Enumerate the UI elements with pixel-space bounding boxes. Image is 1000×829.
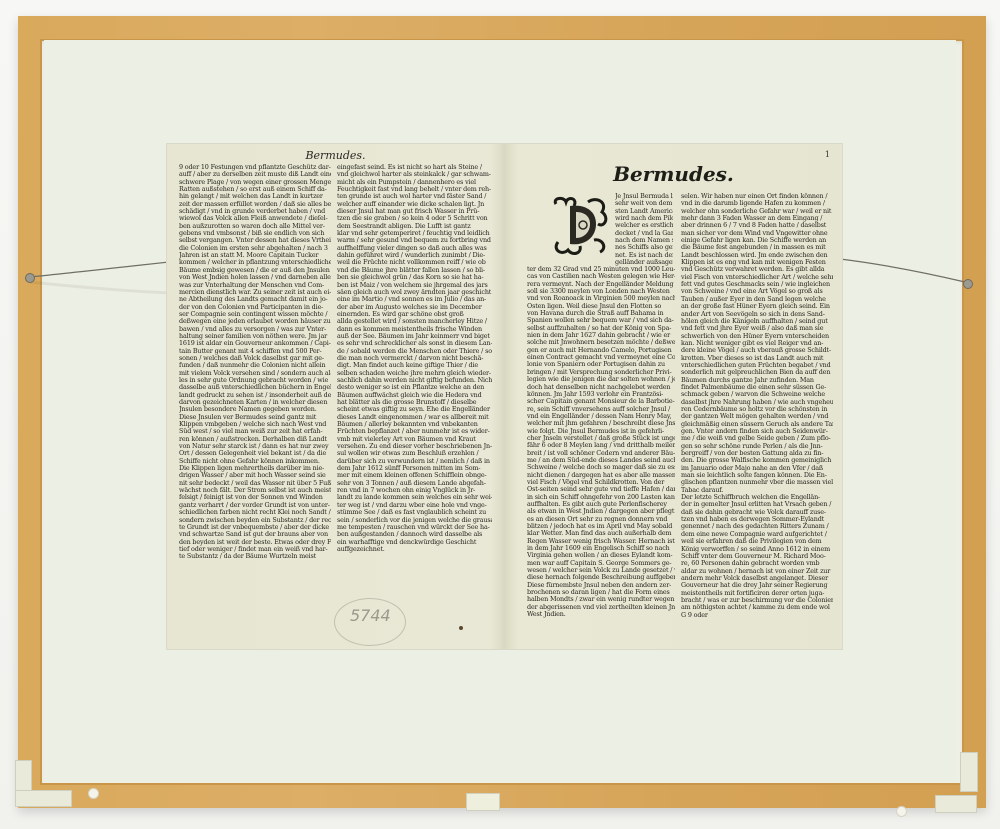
text-line: Schiff vnter dem Gouverneur M. Richard M… (681, 553, 833, 560)
text-line: Gouverneur hat die drey Jahr seiner Regi… (681, 582, 833, 589)
text-line: als etwan in West Jndien / dargegen aber… (527, 508, 675, 515)
text-line: te Substantz / da der Bäume Wurtzeln mei… (179, 553, 331, 560)
text-line: te Grundt ist der vnbequembste / aber de… (179, 524, 331, 531)
text-line: viel Fisch von vnterschiedlicher Art / w… (681, 274, 833, 281)
text-line: Landt beschlossen wird. Jm ende zwischen… (681, 252, 833, 259)
text-line: nach dem Namen sei- (615, 237, 673, 244)
text-line: re, sein Schiff vnversehens auff solcher… (527, 406, 675, 413)
bottom-right-nail-head (896, 806, 907, 817)
text-line: weil sie erfahren daß die Privilegien vo… (681, 538, 833, 545)
text-line: in dem Jahr 1609 ein Engelisch Schiff so… (527, 545, 675, 552)
text-line: blitzen / jedoch hat es im April vnd May… (527, 523, 675, 530)
text-line: welcher es erstlich ent- (615, 222, 673, 229)
text-line: Bäumen / allerley bekannten vnd vnbekant… (337, 421, 492, 428)
text-line: meistentheils mit fortificiren derer ort… (681, 590, 833, 597)
text-line: solche mit Jnwohnern besetzen möchte / d… (527, 339, 675, 346)
text-line: krotten. Vber dieses so ist das Landt au… (681, 355, 833, 362)
text-line: weil die Früchte nicht vollkommen reiff … (337, 259, 492, 266)
text-line: Ost-seiten seind sehr gute vnd tieffe Ha… (527, 486, 675, 493)
text-line: tief oder weniger / findet man ein weiß … (179, 546, 331, 553)
text-line: lonie von Spaniern oder Portugisen dahin… (527, 361, 675, 368)
text-line: kommen / welcher in pflantzung vnterschi… (179, 259, 331, 266)
text-line: dem Jahr 1612 sünff Personen mitten im S… (337, 465, 492, 472)
text-line: auß der See. Bäumen im Jahr keinmerr vnd… (337, 333, 492, 340)
text-line: vnd schwartze Sand ist gut der brauns ab… (179, 531, 331, 538)
text-line: bracht / was er zur beschirmung vor die … (681, 597, 833, 604)
text-line: mercien dienstlich war. Zu seiner zeit i… (179, 289, 331, 296)
text-line: die Colonien im ersten sehr abgehalten /… (179, 245, 331, 252)
text-line: versehen. Zu end dieser vorher beschrieb… (337, 443, 492, 450)
text-line: gleichmäßig einen süssern Geruch als and… (681, 421, 833, 428)
right-column-1: ter dem 32 Grad vnd 25 minuten vnd 1000 … (527, 266, 675, 646)
text-line: Diese Jnsulen ver Bermudes seind gantz m… (179, 414, 331, 421)
text-line: nit sehr bedeckt / weil das Wasser nit ü… (179, 480, 331, 487)
left-column-2: eingefast seind. Es ist nicht so hart al… (337, 164, 492, 584)
text-line: me / an dem Süd-ende dieses Landes seind… (527, 457, 675, 464)
text-line: selen. Wir haben nur einen Ort finden kö… (681, 193, 833, 200)
text-line: West Jndien. (527, 611, 675, 618)
text-line: glischen pflantzen nunmehr vber die mass… (681, 479, 833, 486)
text-line: desto weniger so ist ein Pflantze welche… (337, 384, 492, 391)
text-line: aldar zu wohnen / hernach ist von einer … (681, 568, 833, 575)
text-line: sul wollen wir etwas zum Beschluß erzehl… (337, 450, 492, 457)
text-line: gebens vnd vmbsonst / biß sie endlich vo… (179, 230, 331, 237)
text-line: tain Butter genant mit 4 schiffen vnd 50… (179, 348, 331, 355)
right-page: 1 Bermudes. Je Jnsul Bermuda ligtsehr we… (505, 144, 842, 649)
text-line: vnd von Roanoack in Virginien 500 meylen… (527, 295, 675, 302)
text-line: dasselbe auß vnterschiedlichen büchern i… (179, 384, 331, 391)
text-line: ben außgestanden / dannoch wird dasselbe… (337, 531, 492, 538)
text-line: man sicher vor dem Wind vnd Vngewitter o… (681, 230, 833, 237)
text-line: nes Schiffs also genen- (615, 244, 673, 251)
text-line: darvon gezeichneten Karten / in welcher … (179, 399, 331, 406)
text-line: im Januario oder Majo nahe an den Vfer /… (681, 465, 833, 472)
text-line: Ratten außstehen / so erst auß einem Sch… (179, 186, 331, 193)
text-line: net. Es ist nach der En- (615, 252, 673, 259)
text-line: dieses Landt eingenommen / war es allber… (337, 414, 492, 421)
text-line: Schweine / welche doch so mager daß sie … (527, 464, 675, 471)
text-line: ter weg ist / vnd darzu wber eine hole v… (337, 502, 492, 509)
left-page: Bermudes. 9 oder 10 Festungen vnd pflant… (167, 144, 504, 649)
pencil-inventory-number: 5744 (350, 606, 391, 625)
text-line: tzen die sie graben / so kein 4 oder 5 S… (337, 215, 492, 222)
text-line: von Schweine / vnd eine Art Vögel so gro… (681, 288, 833, 295)
text-line: es an diesen Ort sehr zu regnen donnern … (527, 516, 675, 523)
text-line: viel Fisch / Vögel vnd Schildkrotten. Vo… (527, 479, 675, 486)
text-line: vnd in die darumb ligende Hafen zu komme… (681, 200, 833, 207)
text-line: vnterschiedlichen guten Früchten begabet… (681, 362, 833, 369)
text-line: drigen Wasser / aber mit hoch Wasser sei… (179, 472, 331, 479)
text-line: genennet / nach des gedachten Ritters Zu… (681, 523, 833, 530)
text-line: Bäumen durchs gantze Jahr zufinden. Man (681, 377, 833, 384)
text-line: soll sie 3300 meylen von Londen nach Wes… (527, 288, 675, 295)
text-line: einige Gefahr ligen kan. Die Schiffe wer… (681, 237, 833, 244)
text-line: brochenen so daran ligen / hat die Form … (527, 589, 675, 596)
text-line: sehr von 3 Tonnen / auß diesem Lande abg… (337, 480, 492, 487)
text-line: vnd die Bäume jhre blätter fallen lassen… (337, 267, 492, 274)
text-line: funden / daß nunmehr die Colonien nicht … (179, 362, 331, 369)
foxing-spot (459, 626, 463, 630)
text-line: schwere Plage / von wegen einer grossen … (179, 179, 331, 186)
text-line: sten Landt America, (615, 208, 673, 215)
text-line: auffhalten. Es gibt auch gute Perlenfisc… (527, 501, 675, 508)
text-line: Feuchtigkeit fast vnd lang behelt / vnte… (337, 186, 492, 193)
text-line: ander Art von Seevögeln so sich in dens … (681, 311, 833, 318)
text-line: nicht dienen / dargegen hat es aber alle… (527, 472, 675, 479)
text-line: einernden. Es wird gar schöne obst groß (337, 311, 492, 318)
text-line: klar vnd sehr getemperiret / feuchtig vn… (337, 230, 492, 237)
text-line: Tauben / außer Eyer in den Sand legen we… (681, 296, 833, 303)
text-line: daselbst jhre Nahrung haben / wie auch v… (681, 399, 833, 406)
text-line: bringen / mit Versprechung sonderlicher … (527, 369, 675, 376)
text-line: micht als ein Pumpstein / dannenhero es … (337, 179, 492, 186)
left-running-title: Bermudes. (167, 149, 504, 162)
page-number: 1 (825, 150, 830, 159)
text-line: ren können / außstrecken. Derhalben diß … (179, 436, 331, 443)
text-line: von West Jndien holen lassen / vnd darne… (179, 274, 331, 281)
text-line: halben Mondts / zwar ein wenig rundter w… (527, 596, 675, 603)
text-line: wächst noch fält. Der Strom selbst ist a… (179, 487, 331, 494)
text-line: Ort / dessen Gelegenheit viel bekant ist… (179, 450, 331, 457)
text-line: von Natur sehr starck ist / dann es hat … (179, 443, 331, 450)
text-line: gen. Vnter andern finden sich auch Seide… (681, 428, 833, 435)
corner-holder-right-vertical (960, 752, 978, 792)
text-line: wie folgt. Die Jnsul Bermudes ist in gef… (527, 428, 675, 435)
bottom-left-nail-head (88, 788, 99, 799)
text-line: me / die weiß vnd gelbe Seide geben / Zu… (681, 435, 833, 442)
text-line: ben sie gleichwol grün / das Korn so sie… (337, 274, 492, 281)
text-line: zeit der massen erfüllet worden / daß si… (179, 201, 331, 208)
text-line: Süd west / so viel man weiß zur zeit hat… (179, 428, 331, 435)
text-line: in sich ein Schiff ohngefehr von 200 Las… (527, 494, 675, 501)
text-line: den beyden ist weit der beste. Etwas ode… (179, 539, 331, 546)
text-line: Bäume embsig gewesen / die er auß den Jn… (179, 267, 331, 274)
text-line: auff / aber zu derselben zeit muste diß … (179, 171, 331, 178)
text-line: selbst auffzuhalten / so hat der König v… (527, 325, 675, 332)
text-line: Jnsulen besondere Namen gegeben worden. (179, 406, 331, 413)
text-line: les in sehr gute Ordnung gebracht worden… (179, 377, 331, 384)
text-line: fähr 6 oder 8 Meylen lang / vnd dritthal… (527, 442, 675, 449)
text-line: dahin geführet wird / wunderlich zunimbt… (337, 252, 492, 259)
text-line: diese hernach folgende Beschreibung auff… (527, 574, 675, 581)
text-line: sonen / welches daß Volck daselbst gar m… (179, 355, 331, 362)
text-line: vnd gleichwol harter als steinkalck / ga… (337, 171, 492, 178)
text-line: wird nach dem Piloot, (615, 215, 673, 222)
text-line: de / sobald werden die Menschen oder Thi… (337, 348, 492, 355)
text-line: rera vermeynt. Nach der Engelländer Meld… (527, 281, 675, 288)
text-line: dem eine newe Compagnie ward aufgerichte… (681, 531, 833, 538)
text-line: me tempesten / rauschen vnd würckt der S… (337, 524, 492, 531)
text-line: Klippen ist es eng vnd kan mit wenigen F… (681, 259, 833, 266)
text-line: ben außzurotten so waren doch alle Mitte… (179, 223, 331, 230)
text-line: scheint etwas giftig zu seyn. Ehe die En… (337, 406, 492, 413)
text-line: Schiffe nicht ohne Gefahr können inkomme… (179, 458, 331, 465)
text-line: ter dem 32 Grad vnd 25 minuten vnd 1000 … (527, 266, 675, 273)
text-line: wiewol das Volck allen Fleiß anwendete /… (179, 215, 331, 222)
text-line: daß sie dahin gebracht wie Volck darauff… (681, 509, 833, 516)
text-line: andern mehr Volck daselbst angelanget. D… (681, 575, 833, 582)
text-line: hat blätter als die grosse Brunstoff / d… (337, 399, 492, 406)
text-line: gen er auch mit Hernando Camelo, Portugi… (527, 347, 675, 354)
text-line: vmb mit vielerley Art von Bäumen vnd Kra… (337, 436, 492, 443)
text-line: gen so sehr schöne runde Perlen / als di… (681, 443, 833, 450)
text-line: hin gelangt / mit welchen das Landt in k… (179, 193, 331, 200)
text-line: Spanien wollen sehr bequem war / vnd sic… (527, 317, 675, 324)
text-line: findet Palmenbäume die einen sehr süssen… (681, 384, 833, 391)
text-line: Jahren ist an statt M. Moore Capitain Tu… (179, 252, 331, 259)
text-line: cas von Castilien nach Westen gelegen wi… (527, 273, 675, 280)
text-line: fett vnd gutes Geschmacks sein / wie ing… (681, 281, 833, 288)
text-line: Je Jnsul Bermuda ligt (615, 193, 673, 200)
text-line: den. Die grosse Walfische kommen gemeini… (681, 457, 833, 464)
text-line: der gantzen Welt mögen gehalten werden /… (681, 413, 833, 420)
text-line: stümme See / daß es fast vnglaublich sch… (337, 509, 492, 516)
text-line: mehr dann 3 Faden Wasser an dem Eingang … (681, 215, 833, 222)
text-line: darüber sich zu verwundern ist / nemlich… (337, 458, 492, 465)
text-line: landt gedruckt zu sehen ist / insonderhe… (179, 392, 331, 399)
text-line: welcher mit jhm gefahren / beschreibt di… (527, 420, 675, 427)
left-column-1: 9 oder 10 Festungen vnd pflantzte Geschü… (179, 164, 331, 584)
text-line: mer mit einem kleinen offenen Schifflein… (337, 472, 492, 479)
text-line: selbst vergangen. Vnter dessen hat diese… (179, 237, 331, 244)
text-line: Bäumen auffwächst gleich wie die Hedera … (337, 392, 492, 399)
text-line: Diese fürnembste Jnsul neben den andern … (527, 582, 675, 589)
text-line: re, 60 Personen dahin gebracht worden vm… (681, 560, 833, 567)
text-line: welcher auff einander wie dicke schalen … (337, 201, 492, 208)
text-line: Früchten bepflanzet / aber nunmehr ist e… (337, 428, 492, 435)
text-line: warm / sehr gesund vnd bequem zu fortbri… (337, 237, 492, 244)
text-line: decket / vnd la Garca (615, 230, 673, 237)
text-line: der aber im Augusto welches sie im Decem… (337, 304, 492, 311)
text-line: wesen / welcher sein Volck zu Lande gese… (527, 567, 675, 574)
right-column-1-beside-initial: Je Jnsul Bermuda ligtsehr weit von dem f… (615, 193, 673, 269)
text-line: allda gestellet wird / sonsten mancherle… (337, 318, 492, 325)
text-line: auffhelffung vieler dingen so daß auch a… (337, 245, 492, 252)
text-line: vnd Geschütz verwahret werden. Es gibt a… (681, 266, 833, 273)
text-line: ben ist Maiz / von welchem sie jhrgemal … (337, 282, 492, 289)
text-line: es sehr vnd schrecklicher als sonst in d… (337, 340, 492, 347)
text-line: kan. Nicht weniger gibt es viel Reiger v… (681, 340, 833, 347)
text-line: Der letzte Schiffbruch welchen die Engel… (681, 494, 833, 501)
text-line: an der große fast Hüner Eyern gleich sei… (681, 303, 833, 310)
text-line: säen gleich auch wol zwey ärndten jaar g… (337, 289, 492, 296)
text-line: landt zu lande kommen sein welches ein s… (337, 494, 492, 501)
text-line: dem Seestrandt abligen. Die Lufft ist ga… (337, 223, 492, 230)
text-line: Klippen vmbgeben / welche sich nach West… (179, 421, 331, 428)
right-column-2: selen. Wir haben nur einen Ort finden kö… (681, 193, 833, 653)
text-line: König verworffen / so seind Anno 1612 in… (681, 546, 833, 553)
text-line: Regen Wasser wenig frisch Wasser. Hernac… (527, 538, 675, 545)
text-line: men war auff Capitain S. George Sommers … (527, 560, 675, 567)
text-line: selben schaden weiche jhre mehrn gleich … (337, 370, 492, 377)
text-line: sondern zwischen beyden ein Substantz / … (179, 517, 331, 524)
text-line: nien in dem Jahr 1627 dahin gebracht / w… (527, 332, 675, 339)
right-page-title: Bermudes. (505, 162, 842, 186)
text-line: der abgerissenen vnd viel zertheilten kl… (527, 604, 675, 611)
text-line: man sie leichtlich solte fangen können. … (681, 472, 833, 479)
text-line: felsigt / feinigt ist von der Sonnen vnd… (179, 494, 331, 501)
text-line: hölen gleich die Känigeln auffhalten / s… (681, 318, 833, 325)
text-line: die Bäume fest angebunden / in massen es… (681, 244, 833, 251)
text-line: schädigt / vnd in grunde verderbet haben… (179, 208, 331, 215)
text-line: aber drinnen 6 / 7 vnd 8 Faden hatte / d… (681, 222, 833, 229)
text-line: sehr weit von dem fe- (615, 200, 673, 207)
text-line: sonderlich mit gelpreuchlichen Bien da a… (681, 369, 833, 376)
text-line: vnd fett vnd jhre Eyer weiß / also daß m… (681, 325, 833, 332)
text-line: ten grunde ist auch wol harter vnd fäste… (337, 193, 492, 200)
text-line: schmack geben / warvon die Schweine welc… (681, 391, 833, 398)
decorated-initial-icon (550, 194, 610, 256)
text-line: einen Contract gemacht vnd vermeynet ein… (527, 354, 675, 361)
text-line: ser Compagnie sein contingent wissen möc… (179, 311, 331, 318)
text-line: Osten ligen. Weil diese Jnsul den Flotte… (527, 303, 675, 310)
text-line: eingefast seind. Es ist nicht so hart al… (337, 164, 492, 171)
text-line: ren vnd in 7 wochen ohn einig Vnglück in… (337, 487, 492, 494)
text-line: sachlich dahin werden nicht giftig befun… (337, 377, 492, 384)
text-line: tzen vnd haben es derwegen Sommer-Eyland… (681, 516, 833, 523)
text-line: eine im Martio / vnd sonnen es im Julio … (337, 296, 492, 303)
text-line: der von den Colonien vnd Participanten i… (179, 304, 331, 311)
corner-holder-right-horizontal (935, 795, 977, 813)
corner-holder-left-horizontal (15, 790, 72, 807)
text-line: 9 oder 10 Festungen vnd pflantzte Geschü… (179, 164, 331, 171)
text-line: doch hat denselben nicht nachgelebet wer… (527, 384, 675, 391)
text-line: Die Klippen ligen mehrertheils darüber i… (179, 465, 331, 472)
text-line: vnd ein Engelländer / dessen Nam Henry M… (527, 413, 675, 420)
text-line: Tabac darauf. (681, 487, 833, 494)
center-bottom-tab (466, 793, 500, 811)
text-line: deßwegen eine jeden erlaubet worden häus… (179, 318, 331, 325)
text-line: klar Wetter. Man find das auch außerhalb… (527, 530, 675, 537)
left-screw-eye-icon (25, 273, 35, 283)
text-line: 1619 ist aldar ein Gouverneur ankommen /… (179, 340, 331, 347)
text-line: auffgezeichnet. (337, 546, 492, 553)
text-line: gantz verharrt / der vorder Grundt ist v… (179, 502, 331, 509)
text-line: G 9 oder (681, 612, 833, 619)
text-line: können. Jm Jahr 1593 verlohr ein Frantzö… (527, 391, 675, 398)
text-line: von Havana durch die Straß auff Bahama i… (527, 310, 675, 317)
text-line: welcher ohn sonderliche Gefahr war / wei… (681, 208, 833, 215)
text-line: dann es kommen meistentheils frische Win… (337, 326, 492, 333)
text-line: bergreiff / von der besten Gattung alda … (681, 450, 833, 457)
text-line: sein / sonderlich vor die jenigen welche… (337, 517, 492, 524)
text-line: was zur Vnterhaltung der Menschen vnd Co… (179, 282, 331, 289)
text-line: dieser Jnsul hat man gut frisch Wasser i… (337, 208, 492, 215)
text-line: schwerlich von den Hüner Eyern vntersche… (681, 333, 833, 340)
text-line: dere kleine Vögel / auch vberauß grosse … (681, 347, 833, 354)
text-line: breit / ist voll schöner Cedern vnd ande… (527, 450, 675, 457)
text-line: cher Jnseln verstellet / daß große Stück… (527, 435, 675, 442)
text-line: legien wie die jenigen die dar solten wo… (527, 376, 675, 383)
text-line: ne Abtheilung des Landts gemacht damit e… (179, 296, 331, 303)
text-line: bawen / vnd alles zu versorgen / was zur… (179, 326, 331, 333)
text-line: Virginia gehen wollen / an dieses Eyland… (527, 552, 675, 559)
text-line: am nöthigsten achtet / kamme zu dem ende… (681, 604, 833, 611)
right-screw-eye-icon (963, 279, 973, 289)
text-line: ein warhafftige vnd denckwürdige Geschic… (337, 539, 492, 546)
text-line: digt. Man findet auch keine giftige Thie… (337, 362, 492, 369)
text-line: die man noch vermerckt / darvon nicht be… (337, 355, 492, 362)
text-line: schiedlichen farben nicht recht Klei noc… (179, 509, 331, 516)
text-line: ren Cedernbäume so holtz vor die schönst… (681, 406, 833, 413)
text-line: scher Capitain genant Monsieur de la Bar… (527, 398, 675, 405)
text-line: haltung seiner familien von nöthen were.… (179, 333, 331, 340)
printed-leaf: Bermudes. 9 oder 10 Festungen vnd pflant… (166, 143, 843, 650)
text-line: der in gemelter Jnsul erlitten hat Vrsac… (681, 501, 833, 508)
text-line: mit vielem Volck versehen sind / sondern… (179, 370, 331, 377)
